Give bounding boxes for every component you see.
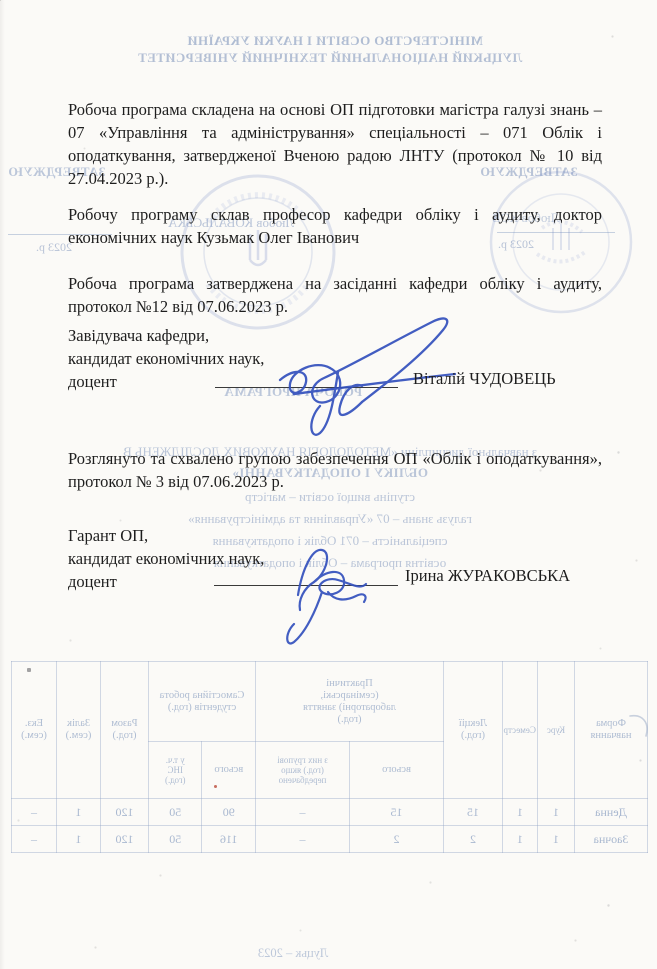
cell: 1 (538, 799, 575, 826)
th-semestr: Семестр (503, 662, 538, 799)
th-prakt-vsogo: всього (350, 742, 444, 799)
cell: – (12, 799, 57, 826)
signer-role-block-guarantor: Гарант ОП, кандидат економічних наук, до… (68, 524, 264, 593)
scan-noise (0, 0, 1, 1)
role-line: кандидат економічних наук, (68, 547, 264, 570)
cell: 1 (503, 826, 538, 853)
cell: 120 (101, 826, 149, 853)
cell: 1 (538, 826, 575, 853)
cell: 120 (101, 799, 149, 826)
bleed-year-left: 2023 р. (36, 240, 72, 255)
signer-name: Віталій ЧУДОВЕЦЬ (413, 369, 556, 389)
scanned-document-page: МІНІСТЕРСТВО ОСВІТИ І НАУКИ УКРАЇНИ ЛУЦЬ… (0, 0, 657, 969)
bleed-study-plan-table: Форма навчання Курс Семестр Лекції (год.… (37, 661, 648, 853)
signer-role-block-head-of-dept: Завідувача кафедри, кандидат економічних… (68, 324, 264, 393)
cell: Денна (575, 799, 648, 826)
th-srs-vsogo: всього (202, 742, 256, 799)
th-srs-group: Самостійна робота студентів (год.) (149, 662, 256, 742)
cell: 2 (444, 826, 503, 853)
cell: – (256, 826, 350, 853)
signature-ink (268, 540, 388, 655)
cell: – (12, 826, 57, 853)
paragraph-reviewed: Розглянуто та схвалено групою забезпечен… (68, 447, 602, 493)
scan-edge-shadow (0, 0, 5, 969)
cell: 1 (503, 799, 538, 826)
paragraph-program-author: Робочу програму склав професор кафедри о… (68, 203, 602, 249)
th-ekz: Екз. (сем.) (12, 662, 57, 799)
bleed-ministry-line: МІНІСТЕРСТВО ОСВІТИ І НАУКИ УКРАЇНИ (105, 33, 565, 49)
dark-speck (27, 668, 31, 672)
role-line: Завідувача кафедри, (68, 324, 264, 347)
paragraph-program-basis: Робоча програма складена на основі ОП пі… (68, 98, 602, 190)
cell: 15 (350, 799, 444, 826)
role-line: доцент (68, 370, 264, 393)
table-row-denna: Денна 1 1 15 15 – 90 50 120 1 – (12, 799, 648, 826)
table-row-zaochna: Заочна 1 1 2 2 – 116 50 120 1 – (12, 826, 648, 853)
th-prakt-znykh: з них групові (год.) якщо передбачено (256, 742, 350, 799)
cell: 90 (202, 799, 256, 826)
cell: 116 (202, 826, 256, 853)
cell: 50 (149, 799, 203, 826)
th-zalik: Залік (сем.) (57, 662, 101, 799)
faint-pen-mark (628, 712, 652, 738)
cell: 1 (57, 826, 101, 853)
cell: – (256, 799, 350, 826)
bleed-city-year: Луцьк – 2023 (238, 946, 348, 961)
th-lektsii: Лекції (год.) (444, 662, 503, 799)
cell: Заочна (575, 826, 648, 853)
th-razom: Разом (год.) (101, 662, 149, 799)
signer-name: Ірина ЖУРАКОВСЬКА (405, 566, 570, 586)
th-praktychni-group: Практичні (семінарські, лабораторні) зан… (256, 662, 444, 742)
th-kurs: Курс (538, 662, 575, 799)
th-srs-ins: у т.ч. ІНС (год.) (149, 742, 203, 799)
role-line: доцент (68, 570, 264, 593)
role-line: Гарант ОП, (68, 524, 264, 547)
cell: 1 (57, 799, 101, 826)
red-ink-speck (214, 785, 217, 788)
role-line: кандидат економічних наук, (68, 347, 264, 370)
bleed-university-line: ЛУЦЬКИЙ НАЦІОНАЛЬНИЙ ТЕХНІЧНИЙ УНІВЕРСИТ… (95, 50, 565, 66)
cell: 50 (149, 826, 203, 853)
cell: 15 (444, 799, 503, 826)
cell: 2 (350, 826, 444, 853)
